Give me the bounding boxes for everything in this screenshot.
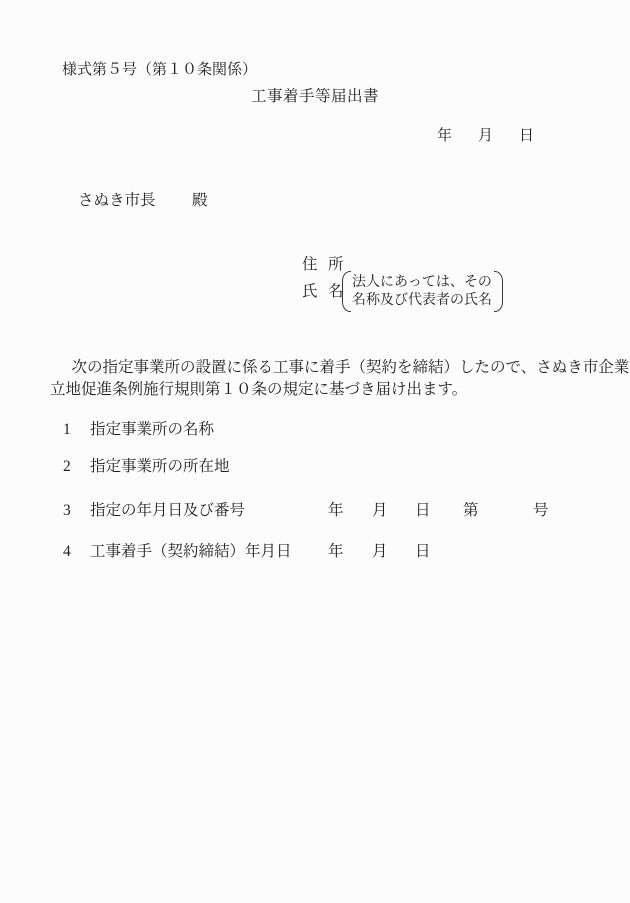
- sender-name-label: 氏 名: [0, 283, 630, 303]
- form-number: 様式第５号（第１０条関係）: [62, 62, 257, 79]
- addressee-line: さぬき市長 殿: [0, 192, 630, 212]
- item-3-number: 3: [63, 502, 71, 519]
- item-3-year-label: 年: [328, 502, 344, 519]
- item-4-label: 工事着手（契約締結）年月日: [90, 543, 292, 560]
- date-month-label: 月: [478, 128, 493, 145]
- item-4-year-label: 年: [328, 543, 344, 560]
- item-4-month-label: 月: [372, 543, 388, 560]
- date-day-label: 日: [519, 128, 534, 145]
- item-1-label: 指定事業所の名称: [90, 421, 214, 438]
- sender-note-line-1: 法人にあっては、その: [352, 274, 492, 291]
- addressee-honorific: 殿: [192, 192, 208, 209]
- item-1-row: 1 指定事業所の名称: [0, 421, 630, 441]
- item-3-number-suffix: 号: [533, 502, 549, 519]
- address-label-char-1: 住: [302, 256, 318, 273]
- sender-note-bracket-right: [494, 271, 503, 312]
- name-label-char-1: 氏: [302, 283, 318, 300]
- item-3-row: 3 指定の年月日及び番号 年 月 日 第 号: [0, 502, 630, 522]
- item-2-row: 2 指定事業所の所在地: [0, 458, 630, 478]
- sender-address-label: 住 所: [0, 256, 630, 276]
- body-paragraph-line-1: 次の指定事業所の設置に係る工事に着手（契約を締結）したので、さぬき市企業: [56, 359, 629, 376]
- sender-note-bracket-left: [342, 271, 351, 312]
- item-3-number-prefix: 第: [463, 502, 479, 519]
- item-2-label: 指定事業所の所在地: [90, 458, 230, 475]
- body-paragraph-line-2: 立地促進条例施行規則第１０条の規定に基づき届け出ます。: [50, 381, 467, 398]
- addressee-name: さぬき市長: [78, 192, 156, 209]
- item-4-number: 4: [63, 543, 71, 560]
- item-1-number: 1: [63, 421, 71, 438]
- item-3-month-label: 月: [372, 502, 388, 519]
- document-page: 様式第５号（第１０条関係） 工事着手等届出書 年 月 日 さぬき市長 殿 住 所…: [0, 0, 630, 903]
- sender-note-line-2: 名称及び代表者の氏名: [352, 292, 492, 309]
- item-3-label: 指定の年月日及び番号: [90, 502, 245, 519]
- date-year-label: 年: [437, 128, 452, 145]
- item-2-number: 2: [63, 458, 71, 475]
- document-title: 工事着手等届出書: [0, 88, 630, 105]
- item-4-row: 4 工事着手（契約締結）年月日 年 月 日: [0, 543, 630, 563]
- address-label-char-2: 所: [328, 256, 344, 273]
- date-line: 年 月 日: [0, 128, 630, 148]
- item-3-day-label: 日: [415, 502, 431, 519]
- item-4-day-label: 日: [415, 543, 431, 560]
